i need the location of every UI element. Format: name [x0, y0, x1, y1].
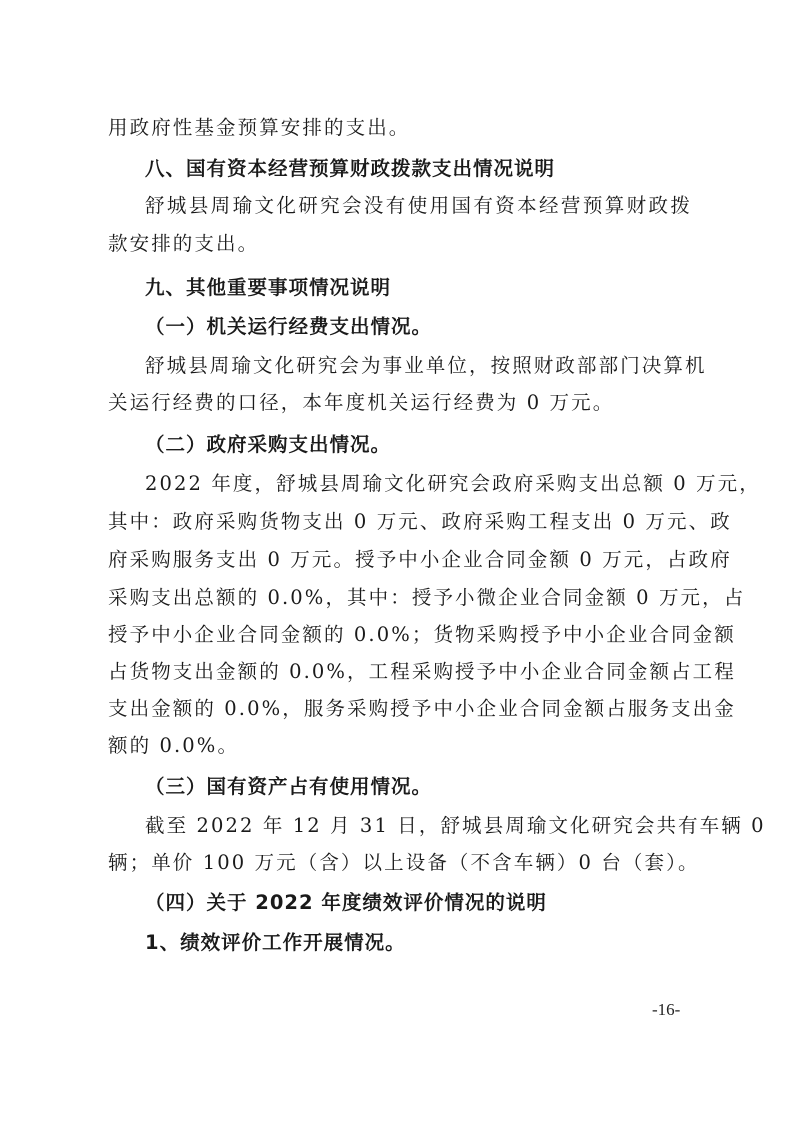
paragraph-line: 舒城县周瑜文化研究会为事业单位，按照财政部部门决算机: [145, 354, 692, 378]
section-heading-9: 九、其他重要事项情况说明: [145, 276, 692, 300]
paragraph-line: 截至 2022 年 12 月 31 日，舒城县周瑜文化研究会共有车辆 0: [145, 814, 692, 838]
subheading-3: （三）国有资产占有使用情况。: [145, 775, 692, 799]
paragraph-line: 额的 0.0%。: [108, 734, 692, 758]
paragraph-line: 舒城县周瑜文化研究会没有使用国有资本经营预算财政拨: [145, 194, 692, 218]
paragraph-line: 府采购服务支出 0 万元。授予中小企业合同金额 0 万元，占政府: [108, 548, 692, 572]
subheading-1: （一）机关运行经费支出情况。: [145, 315, 692, 339]
subheading-item-1: 1、绩效评价工作开展情况。: [145, 931, 692, 955]
page-number: -16-: [652, 1000, 680, 1020]
paragraph-line: 其中：政府采购货物支出 0 万元、政府采购工程支出 0 万元、政: [108, 510, 692, 534]
paragraph-continuation: 用政府性基金预算安排的支出。: [108, 116, 692, 140]
paragraph-line: 2022 年度，舒城县周瑜文化研究会政府采购支出总额 0 万元，: [145, 472, 692, 496]
paragraph-line: 关运行经费的口径，本年度机关运行经费为 0 万元。: [108, 391, 692, 415]
section-heading-8: 八、国有资本经营预算财政拨款支出情况说明: [145, 157, 692, 181]
subheading-4: （四）关于 2022 年度绩效评价情况的说明: [145, 891, 692, 915]
paragraph-line: 款安排的支出。: [108, 232, 692, 256]
paragraph-line: 授予中小企业合同金额的 0.0%；货物采购授予中小企业合同金额: [108, 623, 692, 647]
paragraph-line: 支出金额的 0.0%，服务采购授予中小企业合同金额占服务支出金: [108, 697, 692, 721]
paragraph-line: 采购支出总额的 0.0%，其中：授予小微企业合同金额 0 万元，占: [108, 586, 692, 610]
paragraph-line: 占货物支出金额的 0.0%，工程采购授予中小企业合同金额占工程: [108, 660, 692, 684]
subheading-2: （二）政府采购支出情况。: [145, 433, 692, 457]
paragraph-line: 辆；单价 100 万元（含）以上设备（不含车辆）0 台（套）。: [108, 851, 692, 875]
